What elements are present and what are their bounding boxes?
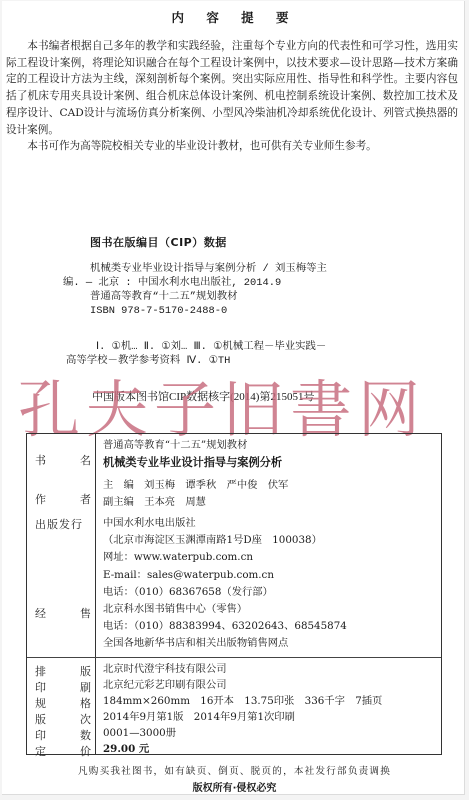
retail-phone: 电话：（010）88383994、63202643、68545874 bbox=[103, 618, 439, 635]
cip-line-3: 普通高等教育“十二五”规划教材 bbox=[90, 290, 390, 304]
cip-classification: Ⅰ. ①机… Ⅱ. ①刘… Ⅲ. ①机械工程－毕业实践－ 高等学校－教学参考资料… bbox=[66, 340, 366, 368]
retail-outlets: 全国各地新华书店和相关出版物销售网点 bbox=[103, 635, 439, 652]
label-publisher: 出版发行 bbox=[35, 516, 91, 532]
label-typesetting: 排版 bbox=[35, 663, 91, 679]
cip-line-4: ISBN 978-7-5170-2488-0 bbox=[90, 304, 390, 318]
value-printing: 北京纪元彩艺印刷有限公司 bbox=[103, 677, 439, 694]
copyright-notice: 版权所有·侵权必究 bbox=[0, 779, 469, 794]
value-print-run: 0001—3000册 bbox=[103, 725, 439, 742]
label-distribution: 经售 bbox=[35, 605, 91, 621]
label-printing: 印刷 bbox=[35, 679, 91, 695]
value-edition: 2014年9月第1版 2014年9月第1次印刷 bbox=[103, 709, 439, 726]
deputy-editors: 副主编 王本亮 周慧 bbox=[103, 494, 439, 511]
label-authors: 作者 bbox=[35, 491, 91, 507]
chief-editors: 主 编 刘玉梅 谭季秋 严中俊 伏军 bbox=[103, 477, 439, 494]
value-typesetting: 北京时代澄宇科技有限公司 bbox=[103, 661, 439, 678]
column-divider bbox=[95, 434, 96, 754]
value-price: 29.00 元 bbox=[103, 741, 439, 758]
publication-info-table: 书名 普通高等教育“十二五”规划教材 机械类专业毕业设计指导与案例分析 作者 主… bbox=[26, 433, 442, 755]
row-divider bbox=[27, 657, 441, 658]
cip-heading: 图书在版编目（CIP）数据 bbox=[90, 234, 227, 250]
cip-line-1: 机械类专业毕业设计指导与案例分析 / 刘玉梅等主 bbox=[90, 262, 390, 276]
label-edition: 版次 bbox=[35, 711, 91, 727]
label-book-title: 书名 bbox=[35, 452, 91, 468]
value-authors: 主 编 刘玉梅 谭季秋 严中俊 伏军 副主编 王本亮 周慧 bbox=[103, 477, 439, 511]
publisher-address: （北京市海淀区玉渊潭南路1号D座 100038） bbox=[103, 532, 439, 549]
cip-verification-number: 中国版本图书馆CIP数据核字(2014)第215051号 bbox=[92, 388, 314, 404]
value-distribution: 北京科水图书销售中心（零售） 电话：（010）88383994、63202643… bbox=[103, 601, 439, 653]
cip-class-line-1: Ⅰ. ①机… Ⅱ. ①刘… Ⅲ. ①机械工程－毕业实践－ bbox=[66, 340, 366, 354]
publisher-phone: 电话：（010）68367658（发行部） bbox=[103, 584, 439, 601]
cip-line-2: 编. — 北京 : 中国水利水电出版社, 2014.9 bbox=[63, 276, 390, 290]
publisher-email: E-mail：sales@waterpub.com.cn bbox=[103, 567, 439, 584]
retail-center: 北京科水图书销售中心（零售） bbox=[103, 601, 439, 618]
summary-title: 内 容 提 要 bbox=[0, 8, 469, 26]
publisher-website: 网址：www.waterpub.com.cn bbox=[103, 549, 439, 566]
label-price: 定价 bbox=[35, 743, 91, 759]
label-print-run: 印数 bbox=[35, 727, 91, 743]
book-title: 机械类专业毕业设计指导与案例分析 bbox=[103, 454, 439, 471]
summary-text: 本书编者根据自己多年的教学和实践经验，注重每个专业方向的代表性和可学习性，选用实… bbox=[6, 38, 458, 155]
value-publisher: 中国水利水电出版社 （北京市海淀区玉渊潭南路1号D座 100038） 网址：ww… bbox=[103, 515, 439, 601]
label-format: 规格 bbox=[35, 695, 91, 711]
summary-paragraph-2: 本书可作为高等院校相关专业的毕业设计教材，也可供有关专业师生参考。 bbox=[6, 138, 458, 155]
replacement-notice: 凡购买我社图书，如有缺页、倒页、脱页的，本社发行部负责调换 bbox=[0, 763, 469, 777]
value-book-title: 普通高等教育“十二五”规划教材 机械类专业毕业设计指导与案例分析 bbox=[103, 437, 439, 471]
series-name: 普通高等教育“十二五”规划教材 bbox=[103, 437, 439, 454]
value-format: 184mm×260mm 16开本 13.75印张 336千字 7插页 bbox=[103, 693, 439, 710]
cip-record: 机械类专业毕业设计指导与案例分析 / 刘玉梅等主 编. — 北京 : 中国水利水… bbox=[90, 262, 390, 318]
publisher-name: 中国水利水电出版社 bbox=[103, 515, 439, 532]
summary-paragraph-1: 本书编者根据自己多年的教学和实践经验，注重每个专业方向的代表性和可学习性，选用实… bbox=[6, 38, 458, 138]
cip-class-line-2: 高等学校－教学参考资料 Ⅳ. ①TH bbox=[66, 354, 366, 368]
